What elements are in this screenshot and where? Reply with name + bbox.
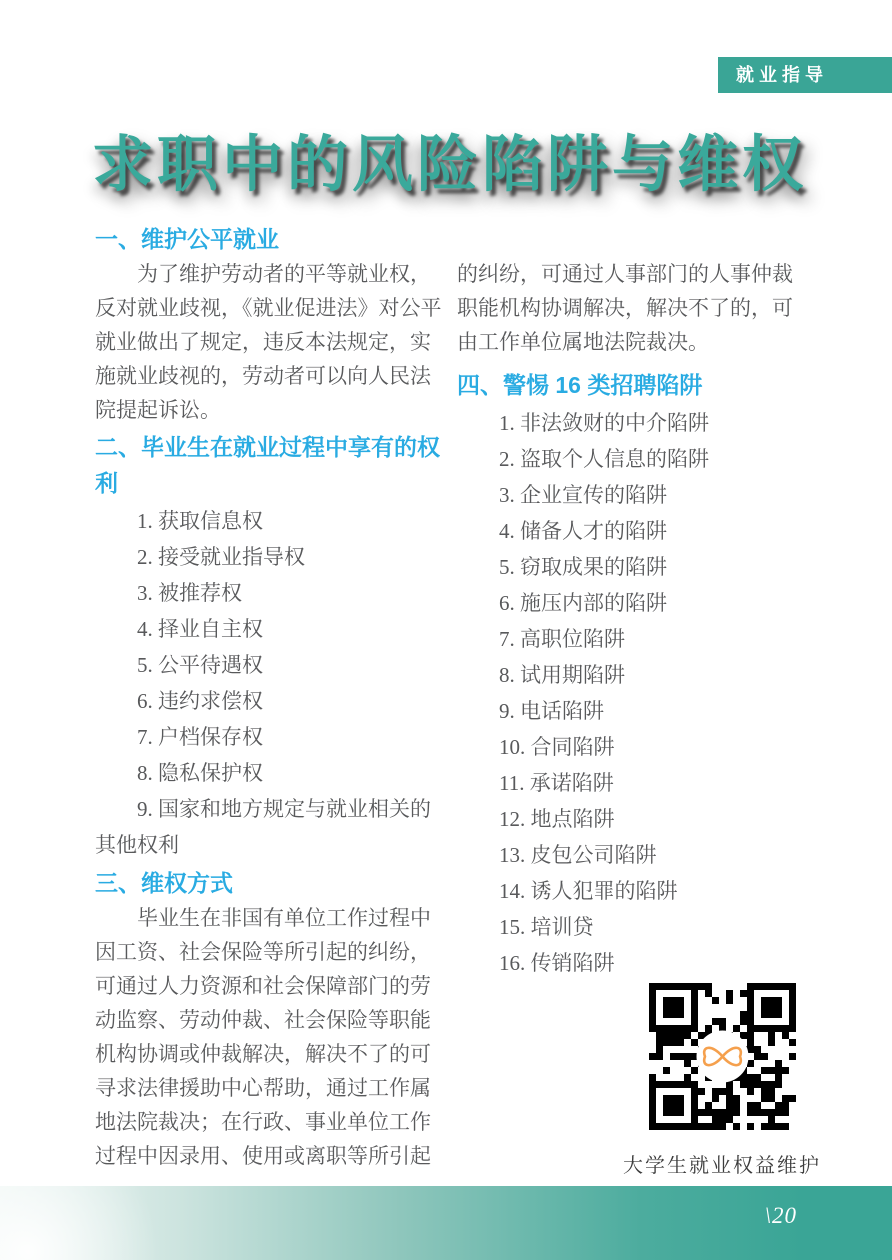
list-item: 1. 获取信息权 <box>95 503 448 539</box>
section-2-heading: 二、毕业生在就业过程中享有的权利 <box>95 429 448 501</box>
corner-section-tag: 就业指导 <box>718 57 892 93</box>
list-item: 13. 皮包公司陷阱 <box>457 837 813 873</box>
qr-code-image <box>649 983 796 1130</box>
list-item: 14. 诱人犯罪的陷阱 <box>457 873 813 909</box>
list-item: 7. 户档保存权 <box>95 719 448 755</box>
document-page: 就业指导 求职中的风险陷阱与维权 一、维护公平就业 为了维护劳动者的平等就业权，… <box>0 0 892 1260</box>
section-3-paragraph-continued: 的纠纷，可通过人事部门的人事仲裁职能机构协调解决，解决不了的，可由工作单位属地法… <box>457 257 813 359</box>
section-4-list: 1. 非法敛财的中介陷阱2. 盗取个人信息的陷阱3. 企业宣传的陷阱4. 储备人… <box>457 405 813 981</box>
left-column: 一、维护公平就业 为了维护劳动者的平等就业权，反对就业歧视，《就业促进法》对公平… <box>95 221 448 1173</box>
section-4-heading: 四、警惕 16 类招聘陷阱 <box>457 367 813 403</box>
list-item: 3. 企业宣传的陷阱 <box>457 477 813 513</box>
list-item: 4. 择业自主权 <box>95 611 448 647</box>
list-item: 5. 窃取成果的陷阱 <box>457 549 813 585</box>
list-item: 8. 隐私保护权 <box>95 755 448 791</box>
list-item: 15. 培训贷 <box>457 909 813 945</box>
list-item: 16. 传销陷阱 <box>457 945 813 981</box>
list-item: 11. 承诺陷阱 <box>457 765 813 801</box>
section-2-list: 1. 获取信息权2. 接受就业指导权3. 被推荐权4. 择业自主权5. 公平待遇… <box>95 503 448 863</box>
list-item: 9. 国家和地方规定与就业相关的其他权利 <box>95 791 448 863</box>
qr-code <box>649 983 796 1130</box>
list-item: 4. 储备人才的陷阱 <box>457 513 813 549</box>
list-item: 3. 被推荐权 <box>95 575 448 611</box>
list-item: 10. 合同陷阱 <box>457 729 813 765</box>
section-1-paragraph: 为了维护劳动者的平等就业权，反对就业歧视，《就业促进法》对公平就业做出了规定，违… <box>95 257 448 427</box>
right-column: 的纠纷，可通过人事部门的人事仲裁职能机构协调解决，解决不了的，可由工作单位属地法… <box>457 257 813 981</box>
list-item: 8. 试用期陷阱 <box>457 657 813 693</box>
footer-gradient-bar: \20 <box>0 1186 892 1260</box>
list-item: 2. 接受就业指导权 <box>95 539 448 575</box>
section-3-paragraph: 毕业生在非国有单位工作过程中因工资、社会保险等所引起的纠纷，可通过人力资源和社会… <box>95 901 448 1173</box>
list-item: 12. 地点陷阱 <box>457 801 813 837</box>
list-item: 6. 违约求偿权 <box>95 683 448 719</box>
list-item: 1. 非法敛财的中介陷阱 <box>457 405 813 441</box>
list-item: 2. 盗取个人信息的陷阱 <box>457 441 813 477</box>
list-item: 9. 电话陷阱 <box>457 693 813 729</box>
list-item: 7. 高职位陷阱 <box>457 621 813 657</box>
qr-block: 大学生就业权益维护 <box>620 983 824 1178</box>
page-title: 求职中的风险陷阱与维权 <box>92 116 832 203</box>
qr-caption: 大学生就业权益维护 <box>620 1149 824 1178</box>
list-item: 5. 公平待遇权 <box>95 647 448 683</box>
section-3-heading: 三、维权方式 <box>95 865 448 901</box>
section-1-heading: 一、维护公平就业 <box>95 221 448 257</box>
page-number: \20 <box>765 1203 797 1229</box>
list-item: 6. 施压内部的陷阱 <box>457 585 813 621</box>
